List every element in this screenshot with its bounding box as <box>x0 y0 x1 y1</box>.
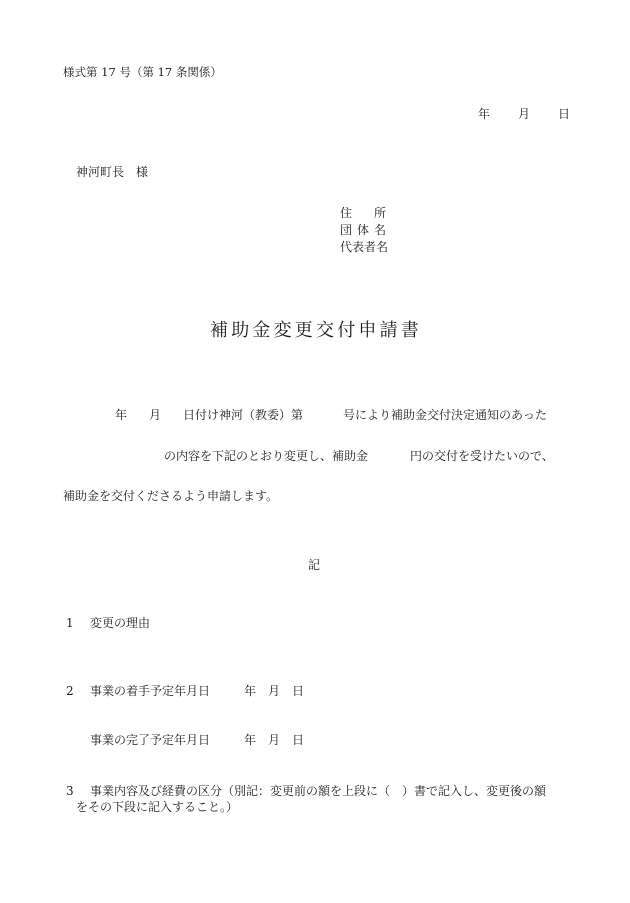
item-3-number: 3 <box>66 783 90 799</box>
body-line-1b: 号により補助金交付決定通知のあった <box>343 408 547 422</box>
date-year: 年 <box>478 108 490 120</box>
body-line-2a: の内容を下記のとおり変更し、補助金 <box>164 449 368 463</box>
document-title: 補助金変更交付申請書 <box>210 322 422 340</box>
body-year: 年 <box>115 408 127 422</box>
item-2-completion: 事業の完了予定年月日年月日 <box>90 734 304 746</box>
date-day: 日 <box>558 108 570 120</box>
body-line-3: 補助金を交付くださるよう申請します。 <box>63 490 278 502</box>
body-line-1a: 日付け神河（教委）第 <box>183 408 303 422</box>
start-year: 年 <box>244 685 256 697</box>
item-1-number: 1 <box>66 617 90 629</box>
addressee-honorific: 様 <box>136 165 148 179</box>
address-label: 住所 <box>340 205 408 222</box>
body-line-1: 年月日付け神河（教委）第号により補助金交付決定通知のあった <box>115 409 547 421</box>
group-name-label: 団体名 <box>340 222 408 239</box>
completion-day: 日 <box>292 734 304 746</box>
submission-date: 年月日 <box>478 108 570 120</box>
body-line-2b: 円の交付を受けたいので、 <box>410 449 554 463</box>
item-3-label-line1: 事業内容及び経費の区分（別記：変更前の額を上段に（ ）書で記入し、変更後の額 <box>90 784 546 798</box>
addressee: 神河町長様 <box>76 166 148 178</box>
item-2-label: 事業の着手予定年月日 <box>90 684 210 698</box>
completion-year: 年 <box>244 734 256 746</box>
item-3: 3事業内容及び経費の区分（別記：変更前の額を上段に（ ）書で記入し、変更後の額 … <box>66 783 546 815</box>
start-day: 日 <box>292 685 304 697</box>
item-2b-label: 事業の完了予定年月日 <box>90 733 210 747</box>
start-date: 年月日 <box>244 685 304 697</box>
applicant-block: 住所 団体名 代表者名 <box>340 205 408 256</box>
body-month: 月 <box>149 408 161 422</box>
addressee-name: 神河町長 <box>76 165 124 179</box>
item-2-start: 2事業の着手予定年月日年月日 <box>66 685 304 697</box>
representative-label: 代表者名 <box>340 239 408 256</box>
item-1-label: 変更の理由 <box>90 616 150 630</box>
ki-heading: 記 <box>308 559 320 571</box>
item-2-number: 2 <box>66 685 90 697</box>
date-month: 月 <box>518 108 530 120</box>
item-1: 1変更の理由 <box>66 617 150 629</box>
body-line-2: の内容を下記のとおり変更し、補助金円の交付を受けたいので、 <box>164 450 554 462</box>
start-month: 月 <box>268 685 280 697</box>
completion-month: 月 <box>268 734 280 746</box>
item-3-label-line2: をその下段に記入すること。） <box>66 799 546 815</box>
completion-date: 年月日 <box>244 734 304 746</box>
form-number: 様式第 17 号（第 17 条関係） <box>63 67 222 79</box>
